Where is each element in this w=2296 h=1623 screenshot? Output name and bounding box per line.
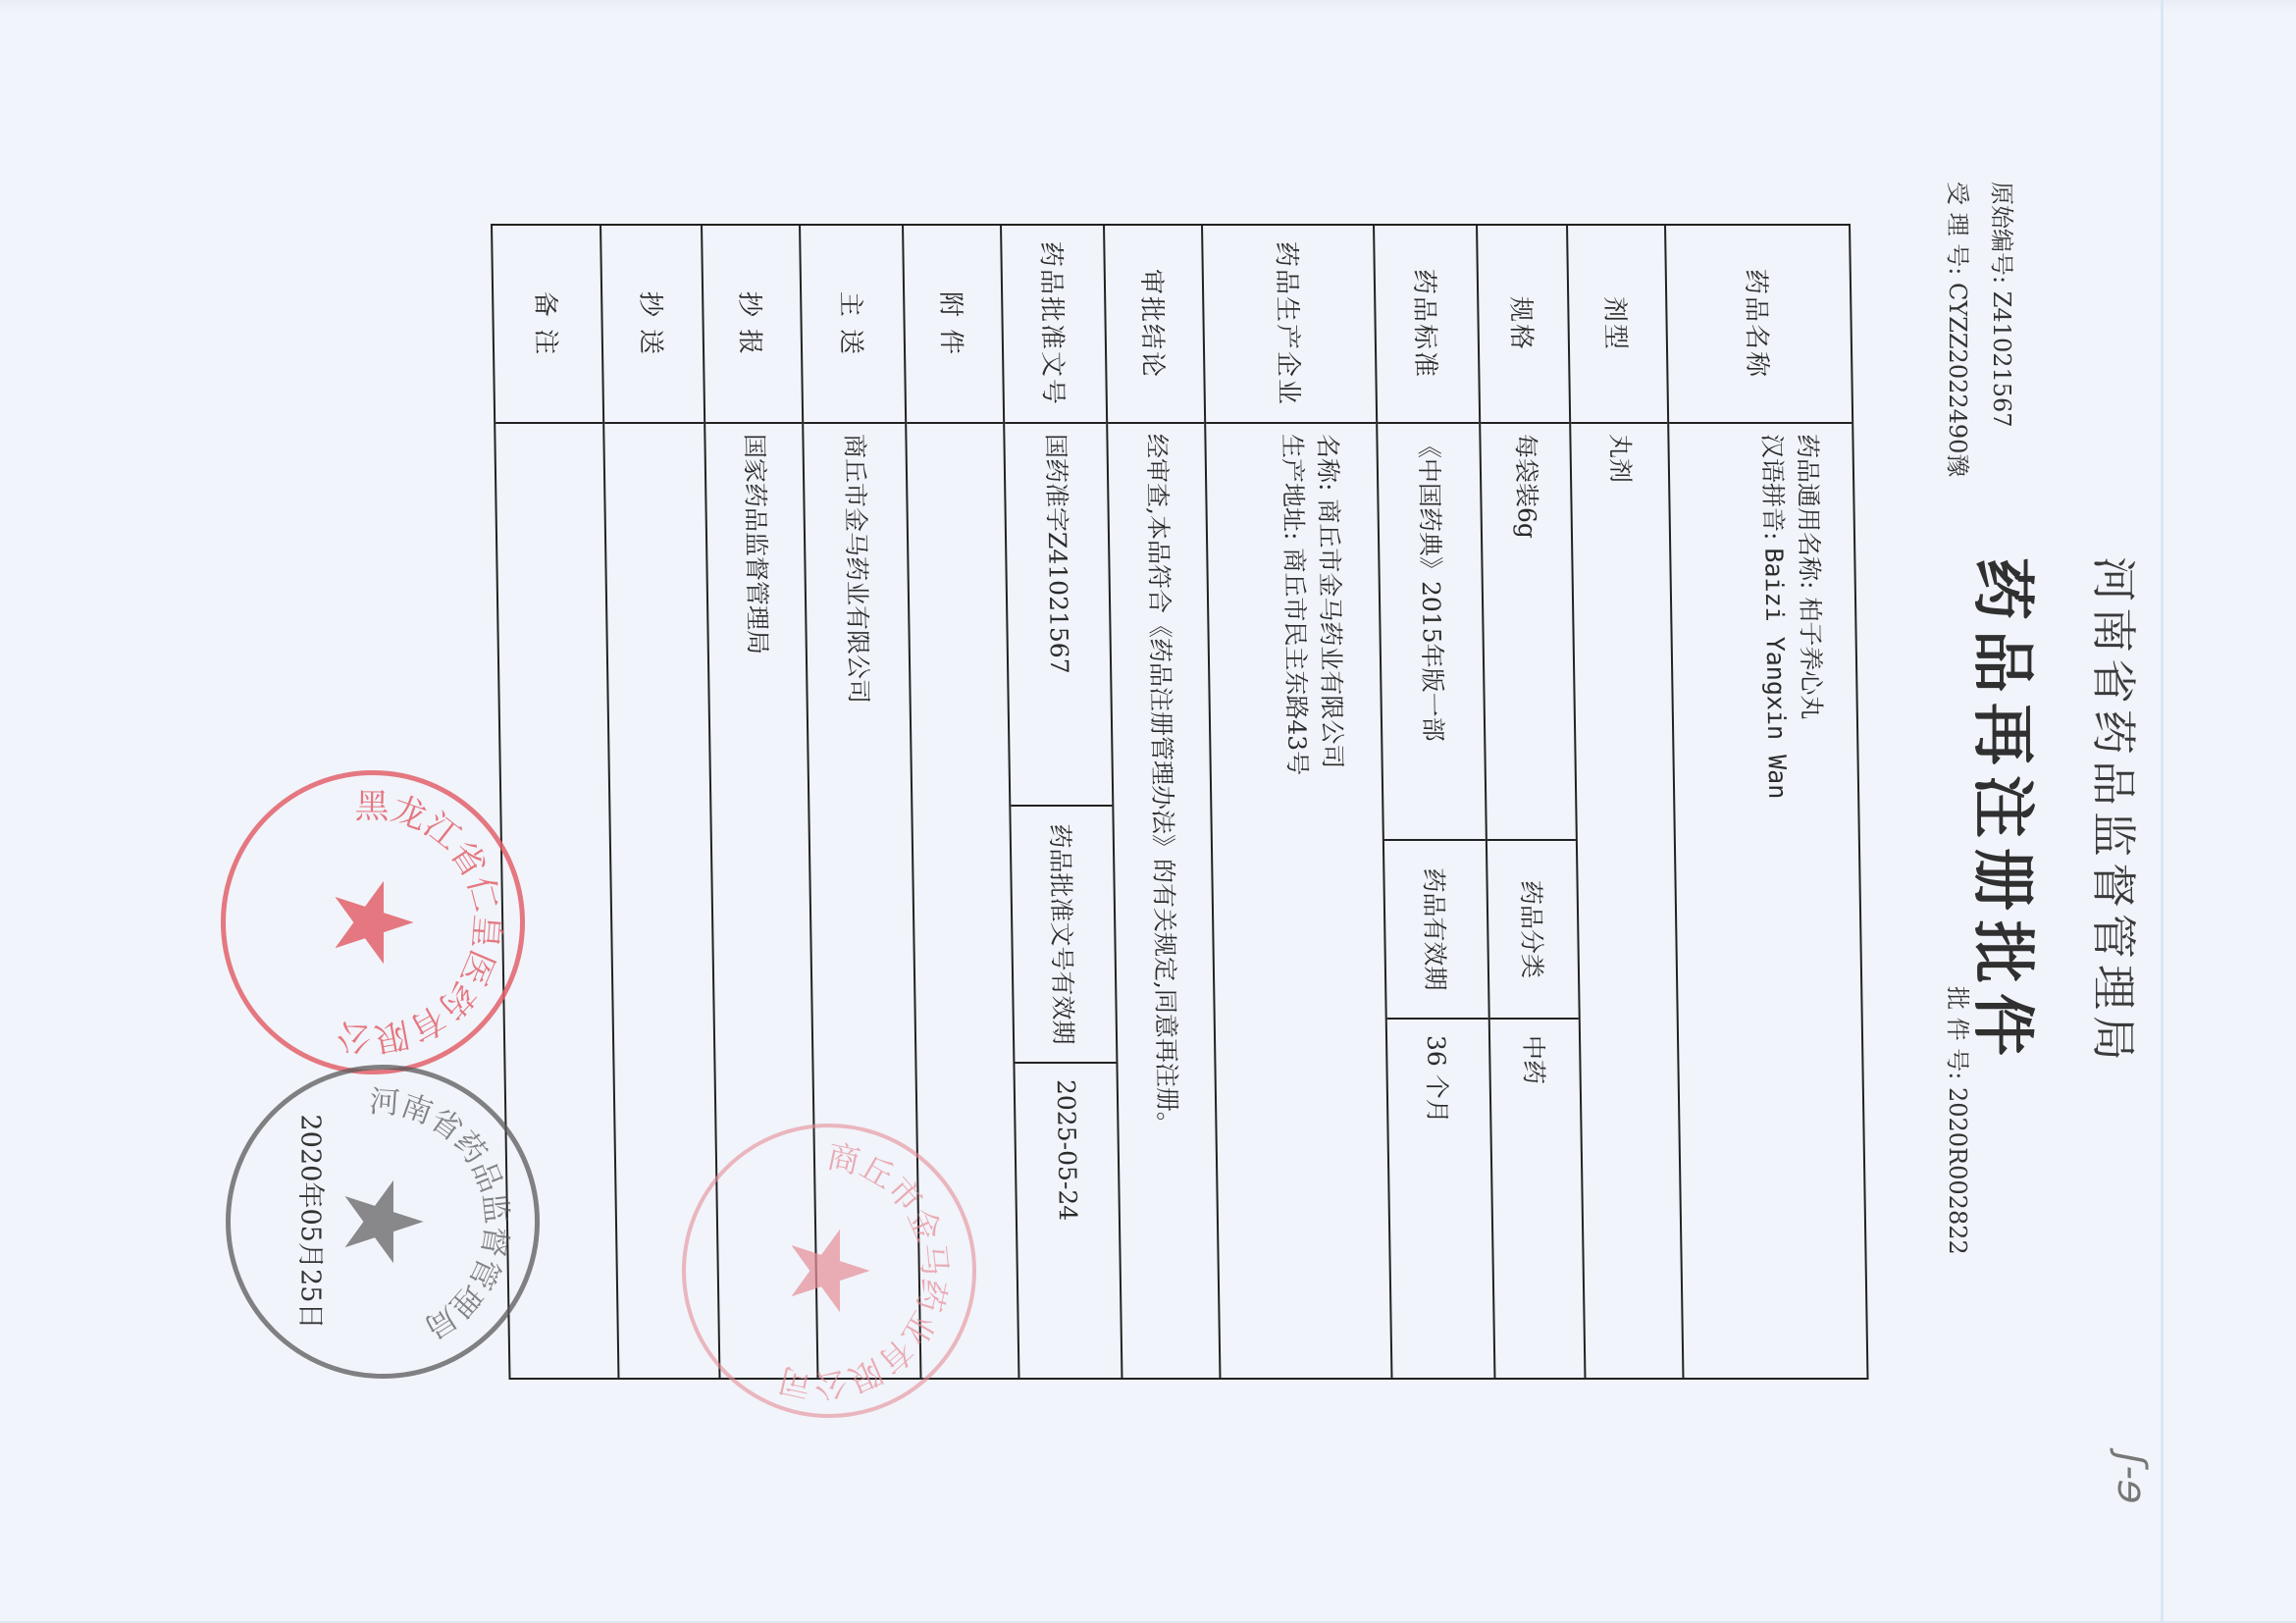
label-report-to: 抄 报: [703, 226, 802, 424]
label-dosage-form: 剂型: [1568, 226, 1667, 424]
row-conclusion: 审批结论 经审查,本品符合《药品注册管理办法》的有关规定,同意再注册。: [1105, 226, 1221, 1378]
value-drug-name: 药品通用名称: 柏子养心丸 汉语拼音: Baizi Yangxin Wan: [1669, 434, 1866, 1368]
label-specification: 规格: [1478, 226, 1569, 424]
value-approval-validity: 2025-05-24: [1015, 1060, 1119, 1221]
value-specification: 每袋装6g: [1481, 434, 1575, 826]
label-standard: 药品标准: [1375, 226, 1479, 424]
scan-fold-line: [2161, 0, 2164, 1623]
approval-document-page: 河南省药品监督管理局 药品再注册批件 原始编号: Z41021567 受 理 号…: [0, 0, 2296, 1623]
label-approval-number: 药品批准文号: [1002, 226, 1106, 424]
row-drug-name: 药品名称 药品通用名称: 柏子养心丸 汉语拼音: Baizi Yangxin W…: [1666, 226, 1866, 1378]
value-conclusion: 经审查,本品符合《药品注册管理办法》的有关规定,同意再注册。: [1108, 434, 1219, 1368]
value-validity: 36 个月: [1387, 1016, 1490, 1124]
value-manufacturer: 名称: 商丘市金马药业有限公司 生产地址: 商丘市民主东路43号: [1206, 434, 1390, 1368]
value-drug-category: 中药: [1490, 1016, 1580, 1084]
row-standard: 药品标准 《中国药典》2015年版一部 药品有效期 36 个月: [1375, 226, 1495, 1378]
star-icon: ★: [329, 1174, 437, 1271]
label-validity: 药品有效期: [1384, 839, 1488, 1020]
pinyin-name: Baizi Yangxin Wan: [1759, 548, 1792, 799]
label-conclusion: 审批结论: [1105, 226, 1204, 424]
original-number: 原始编号: Z41021567: [1987, 182, 2021, 428]
manufacturer-seal-red: 商丘市金马药业有限公司 ★: [682, 1124, 976, 1418]
label-remarks: 备 注: [493, 226, 602, 424]
official-seal-gray: 河南省药品监督管理局 2020年05月25日 ★: [226, 1065, 540, 1379]
row-approval-number: 药品批准文号 国药准字Z41021567 药品批准文号有效期 2025-05-2…: [1002, 226, 1122, 1378]
label-drug-category: 药品分类: [1487, 839, 1579, 1020]
star-icon: ★: [319, 874, 427, 971]
manufacturer-address: 商丘市民主东路43号: [1279, 548, 1312, 775]
star-icon: ★: [775, 1223, 883, 1320]
value-standard: 《中国药典》2015年版一部: [1378, 434, 1485, 826]
handwritten-note: ʃ-ɘ: [2109, 1452, 2154, 1503]
company-seal-red: 黑龙江省仁皇医药有限公司 ★: [221, 770, 525, 1074]
row-dosage-form: 剂型 丸剂: [1568, 226, 1684, 1378]
approval-number: 批 件 号: 2020R002822: [1943, 986, 1977, 1255]
label-main-recipient: 主 送: [801, 226, 905, 424]
generic-name: 柏子养心丸: [1796, 597, 1826, 719]
label-approval-validity: 药品批准文号有效期: [1011, 805, 1116, 1064]
row-specification: 规格 每袋装6g 药品分类 中药: [1478, 226, 1586, 1378]
scan-edge: [0, 0, 2296, 12]
acceptance-number: 受 理 号: CYZZ2022490豫: [1943, 182, 1977, 477]
value-approval-number: 国药准字Z41021567: [1005, 434, 1112, 807]
label-drug-name: 药品名称: [1666, 226, 1852, 424]
label-manufacturer: 药品生产企业: [1203, 226, 1376, 424]
label-cc: 抄 送: [601, 226, 704, 424]
row-manufacturer: 药品生产企业 名称: 商丘市金马药业有限公司 生产地址: 商丘市民主东路43号: [1203, 226, 1392, 1378]
label-attachment: 附 件: [904, 226, 1003, 424]
issuer-name: 河南省药品监督管理局: [2084, 0, 2149, 1623]
value-dosage-form: 丸剂: [1571, 434, 1682, 1368]
manufacturer-name: 商丘市金马药业有限公司: [1314, 498, 1346, 768]
scanned-page-background: 河南省药品监督管理局 药品再注册批件 原始编号: Z41021567 受 理 号…: [0, 0, 2296, 1623]
